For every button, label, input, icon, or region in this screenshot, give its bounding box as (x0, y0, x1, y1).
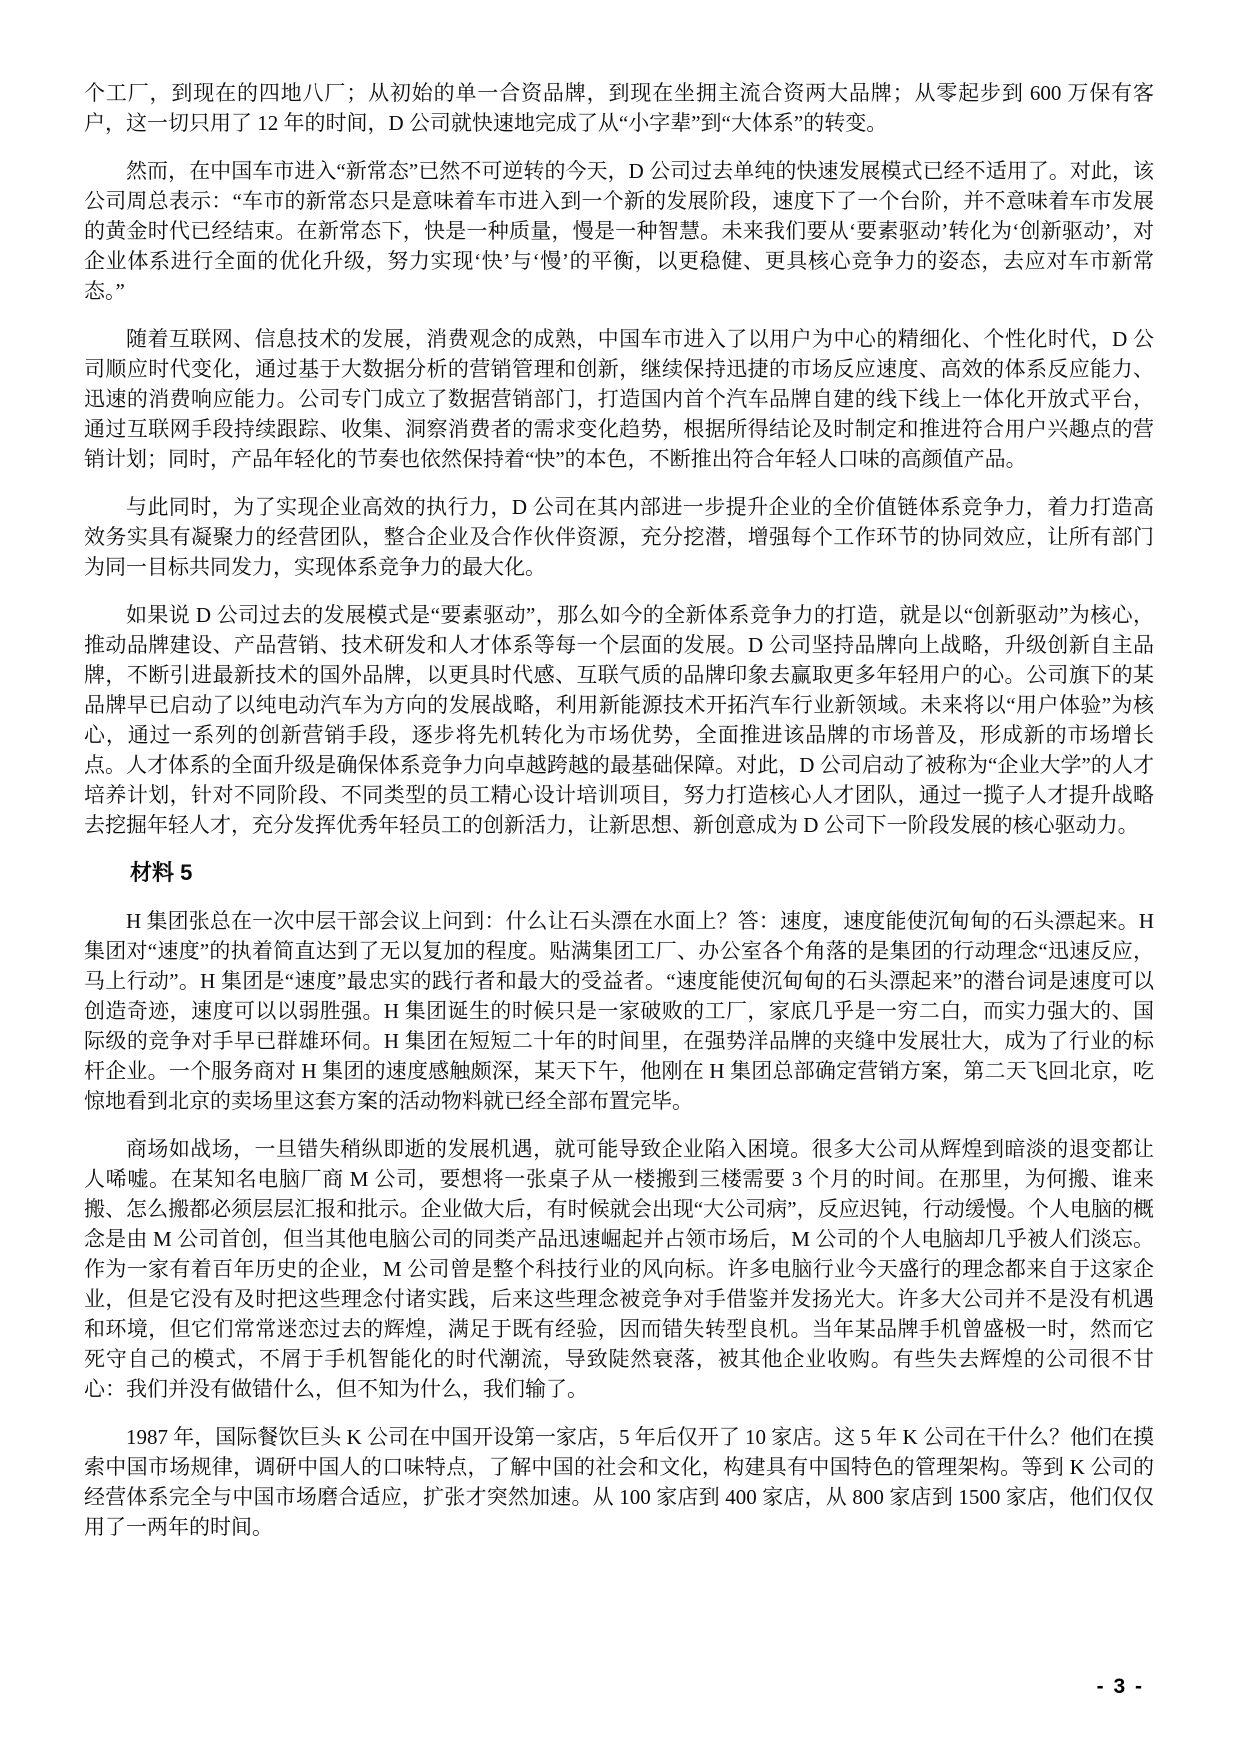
document-page: 个工厂，到现在的四地八厂；从初始的单一合资品牌，到现在坐拥主流合资两大品牌；从零… (0, 0, 1240, 1754)
paragraph-h-group-speed: H 集团张总在一次中层干部会议上问到：什么让石头漂在水面上？答：速度，速度能使沉… (84, 906, 1154, 1116)
paragraph-new-normal: 然而，在中国车市进入“新常态”已然不可逆转的今天，D 公司过去单纯的快速发展模式… (84, 156, 1154, 306)
paragraph-internet-marketing: 随着互联网、信息技术的发展，消费观念的成熟，中国车市进入了以用户为中心的精细化、… (84, 324, 1154, 474)
paragraph-big-company-disease: 商场如战场，一旦错失稍纵即逝的发展机遇，就可能导致企业陷入困境。很多大公司从辉煌… (84, 1134, 1154, 1404)
page-number: - 3 - (1097, 1672, 1144, 1702)
paragraph-factory-growth: 个工厂，到现在的四地八厂；从初始的单一合资品牌，到现在坐拥主流合资两大品牌；从零… (84, 78, 1154, 138)
section-heading-material-5: 材料 5 (84, 858, 1154, 888)
paragraph-innovation-drive: 如果说 D 公司过去的发展模式是“要素驱动”，那么如今的全新体系竞争力的打造，就… (84, 600, 1154, 840)
paragraph-execution-team: 与此同时，为了实现企业高效的执行力，D 公司在其内部进一步提升企业的全价值链体系… (84, 492, 1154, 582)
paragraph-k-company-expansion: 1987 年，国际餐饮巨头 K 公司在中国开设第一家店，5 年后仅开了 10 家… (84, 1422, 1154, 1542)
